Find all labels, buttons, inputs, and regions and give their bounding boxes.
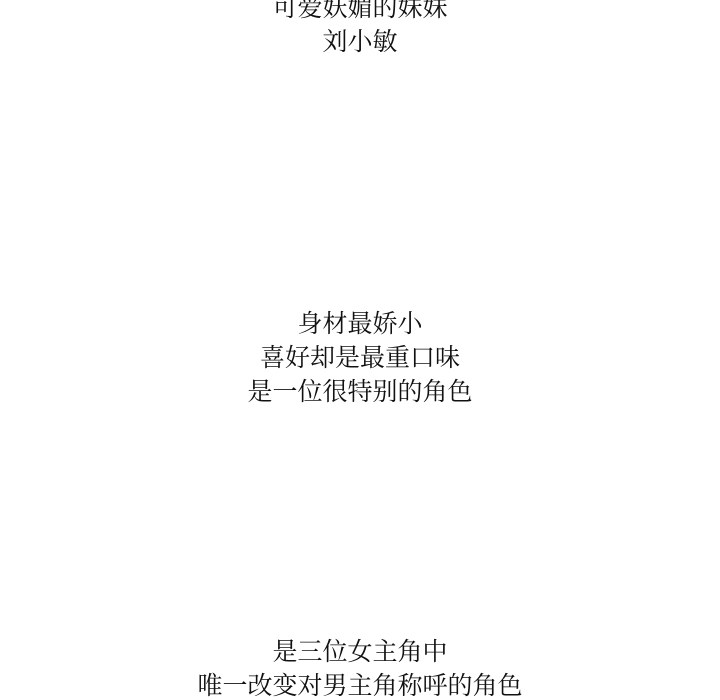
caption-line: 喜好却是最重口味 [0, 341, 720, 375]
character-name: 刘小敏 [0, 25, 720, 59]
caption-line: 唯一改变对男主角称呼的角色 [0, 669, 720, 700]
caption-line: 是三位女主角中 [0, 635, 720, 669]
caption-block-intro: 可爱妖媚的妹妹 刘小敏 [0, 0, 720, 59]
caption-line: 身材最娇小 [0, 307, 720, 341]
caption-line: 是一位很特别的角色 [0, 375, 720, 409]
caption-block-description: 身材最娇小 喜好却是最重口味 是一位很特别的角色 [0, 307, 720, 409]
caption-block-role: 是三位女主角中 唯一改变对男主角称呼的角色 [0, 635, 720, 700]
caption-line: 可爱妖媚的妹妹 [0, 0, 720, 25]
